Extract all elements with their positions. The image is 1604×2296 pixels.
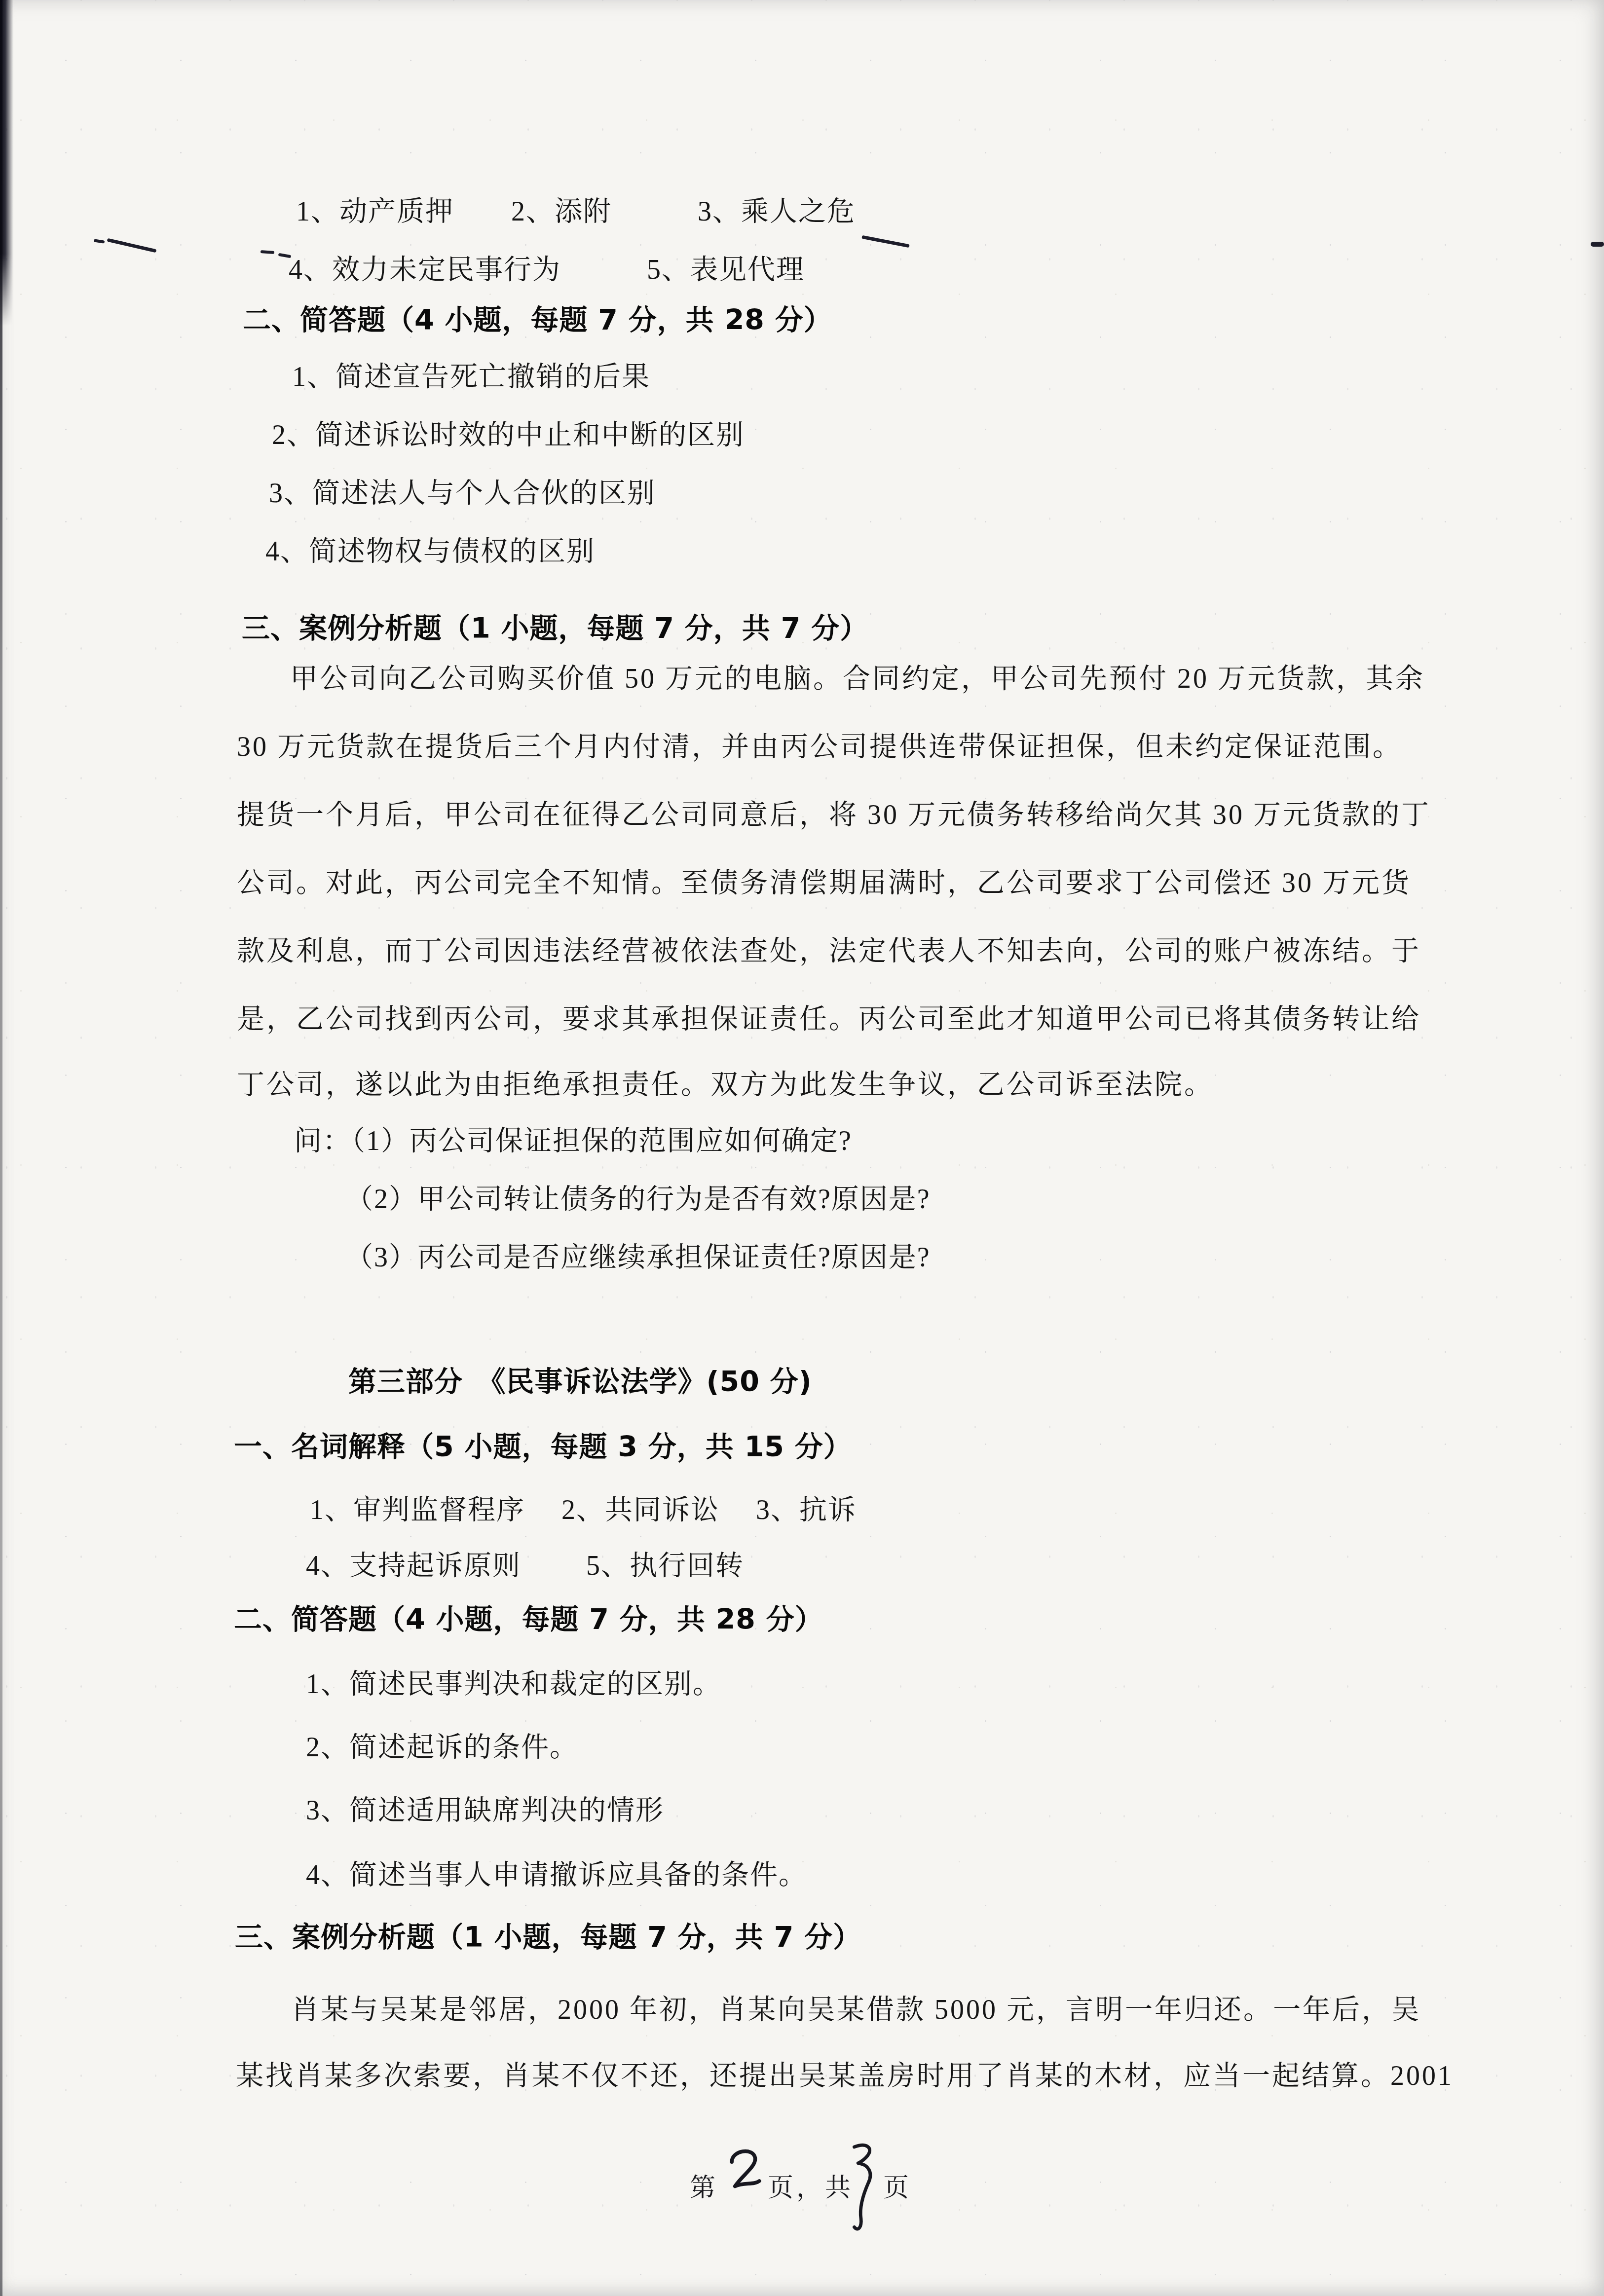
short-answer-item: 2、简述诉讼时效的中止和中断的区别 (272, 420, 745, 450)
short-answer-item: 3、简述法人与个人合伙的区别 (269, 478, 656, 509)
scan-right-edge-notch (1591, 242, 1604, 247)
case-paragraph-line: 30 万元货款在提货后三个月内付清，并由丙公司提供连带保证担保，但未约定保证范围… (237, 732, 1402, 762)
short-answer-item: 1、简述宣告死亡撤销的后果 (292, 362, 650, 392)
pen-stroke-mark (107, 238, 157, 253)
pen-stroke-mark (861, 235, 910, 248)
footer-label-di: 第 (690, 2167, 718, 2204)
short-answer-item: 1、简述民事判决和裁定的区别。 (306, 1669, 721, 1700)
case-question-line: 问：（1）丙公司保证担保的范围应如何确定? (294, 1126, 852, 1156)
case-question-line: （2）甲公司转让债务的行为是否有效?原因是? (345, 1184, 931, 1215)
case-question-line: （3）丙公司是否应继续承担保证责任?原因是? (345, 1242, 931, 1273)
short-answer-item: 4、简述物权与债权的区别 (265, 536, 595, 567)
footer-label-middle: 页，共 (768, 2167, 854, 2204)
scan-left-edge-shadow (0, 0, 13, 326)
handwritten-page-number (726, 2146, 764, 2196)
pen-dash-mark (261, 250, 274, 254)
pen-dash-mark (94, 239, 105, 243)
term-definition-row: 1、动产质押 2、添附 3、乘人之危 (296, 196, 856, 227)
section-header-short-answer: 二、简答题（4 小题，每题 7 分，共 28 分） (243, 305, 832, 335)
handwritten-total-pages (847, 2137, 875, 2241)
term-definition-row: 1、审判监督程序 2、共同诉讼 3、抗诉 (310, 1495, 857, 1525)
case-paragraph-line: 甲公司向乙公司购买价值 50 万元的电脑。合同约定，甲公司先预付 20 万元货款… (290, 664, 1425, 694)
case-paragraph-line: 公司。对此，丙公司完全不知情。至债务清偿期届满时，乙公司要求丁公司偿还 30 万… (237, 868, 1411, 898)
section-header-noun-explanation: 一、名词解释（5 小题，每题 3 分，共 15 分） (234, 1432, 852, 1462)
short-answer-item: 4、简述当事人申请撤诉应具备的条件。 (306, 1860, 807, 1890)
term-definition-row: 4、支持起诉原则 5、执行回转 (306, 1551, 744, 1581)
section-header-short-answer: 二、简答题（4 小题，每题 7 分，共 28 分） (234, 1604, 823, 1635)
short-answer-item: 2、简述起诉的条件。 (306, 1732, 578, 1763)
case-paragraph-line: 是，乙公司找到丙公司，要求其承担保证责任。丙公司至此才知道甲公司已将其债务转让给 (237, 1004, 1421, 1035)
part-title: 第三部分 《民事诉讼法学》(50 分) (348, 1367, 812, 1397)
case-paragraph-line: 肖某与吴某是邻居，2000 年初，肖某向吴某借款 5000 元，言明一年归还。一… (291, 1995, 1421, 2025)
scan-left-edge-line (0, 0, 2, 2296)
footer-label-ye: 页 (883, 2167, 912, 2204)
scanned-exam-page: 1、动产质押 2、添附 3、乘人之危 4、效力未定民事行为 5、表见代理 二、简… (0, 0, 1604, 2296)
case-paragraph-line: 款及利息，而丁公司因违法经营被依法查处，法定代表人不知去向，公司的账户被冻结。于 (237, 936, 1421, 966)
case-paragraph-line: 提货一个月后，甲公司在征得乙公司同意后，将 30 万元债务转移给尚欠其 30 万… (237, 800, 1431, 830)
term-definition-row: 4、效力未定民事行为 5、表见代理 (289, 255, 805, 285)
short-answer-item: 3、简述适用缺席判决的情形 (306, 1795, 664, 1826)
section-header-case-analysis: 三、案例分析题（1 小题，每题 7 分，共 7 分） (242, 613, 868, 644)
case-paragraph-line: 某找肖某多次索要，肖某不仅不还，还提出吴某盖房时用了肖某的木材，应当一起结算。2… (236, 2061, 1454, 2091)
section-header-case-analysis: 三、案例分析题（1 小题，每题 7 分，共 7 分） (235, 1922, 861, 1953)
case-paragraph-line: 丁公司，遂以此为由拒绝承担责任。双方为此发生争议，乙公司诉至法院。 (237, 1070, 1214, 1100)
